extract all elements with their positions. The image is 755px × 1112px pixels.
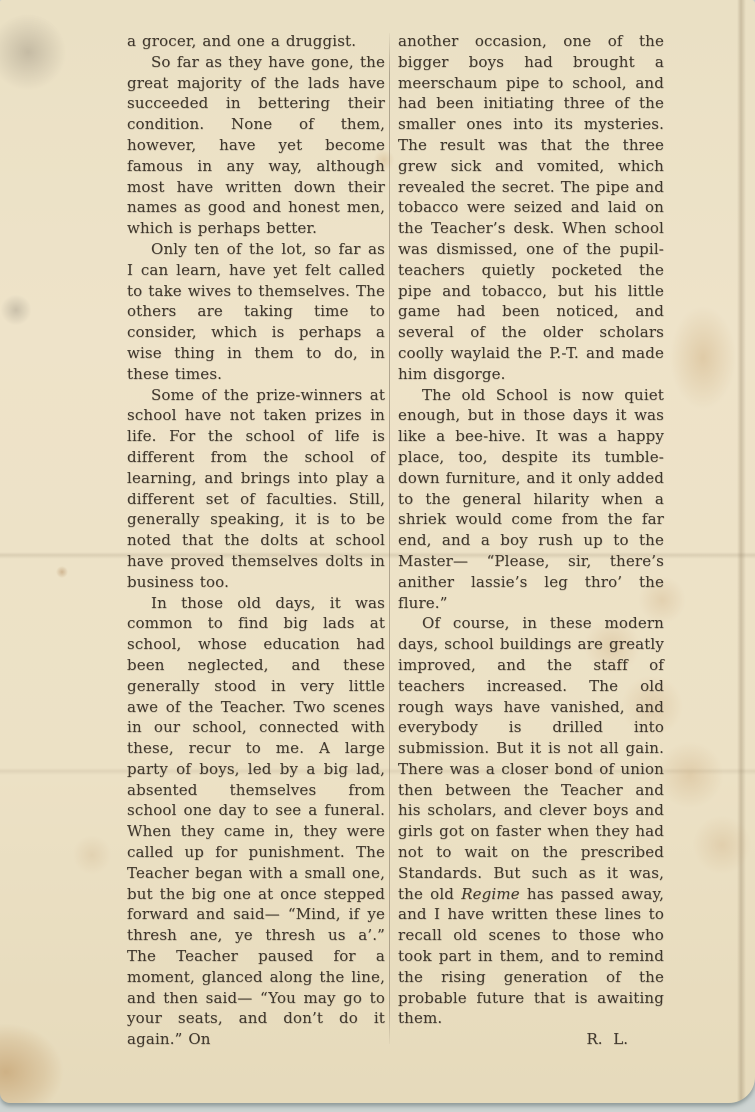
- paragraph: another occasion, one of the bigger boys…: [398, 31, 664, 385]
- left-column: a grocer, and one a druggist. So far as …: [127, 31, 385, 1050]
- author-initials: R. L.: [398, 1029, 664, 1050]
- aged-magazine-page: a grocer, and one a druggist. So far as …: [0, 0, 755, 1103]
- paragraph: a grocer, and one a druggist.: [127, 31, 385, 52]
- right-column: another occasion, one of the bigger boys…: [398, 31, 664, 1050]
- paragraph-text: Of course, in these modern days, school …: [398, 614, 664, 902]
- paragraph: Only ten of the lot, so far as I can lea…: [127, 239, 385, 385]
- column-divider-rule: [389, 33, 390, 1044]
- italic-word: Regime: [461, 885, 520, 903]
- paragraph: Some of the prize-winners at school have…: [127, 385, 385, 593]
- paragraph: Of course, in these modern days, school …: [398, 613, 664, 1029]
- paragraph: So far as they have gone, the great majo…: [127, 52, 385, 239]
- paragraph: In those old days, it was common to find…: [127, 593, 385, 1051]
- paragraph: The old School is now quiet enough, but …: [398, 385, 664, 614]
- paragraph-text: has passed away, and I have written thes…: [398, 885, 664, 1028]
- two-column-article: a grocer, and one a druggist. So far as …: [0, 0, 755, 1050]
